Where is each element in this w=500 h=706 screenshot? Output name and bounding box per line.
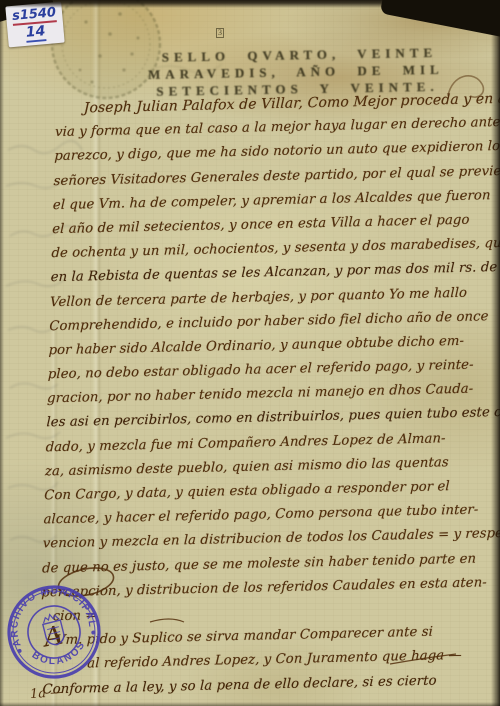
folio-mark: 3 [216,28,224,38]
scanned-manuscript-photo: SELLO QVARTO, VEINTE MARAVEDIS, AÑO DE M… [0,0,500,706]
sticker-code: s1540 [12,5,57,26]
inventory-sticker: s1540 14 [5,2,64,48]
sticker-number: 14 [25,23,46,43]
manuscript-body-text: Joseph Julian Palafox de Villar, Como Me… [38,91,496,706]
